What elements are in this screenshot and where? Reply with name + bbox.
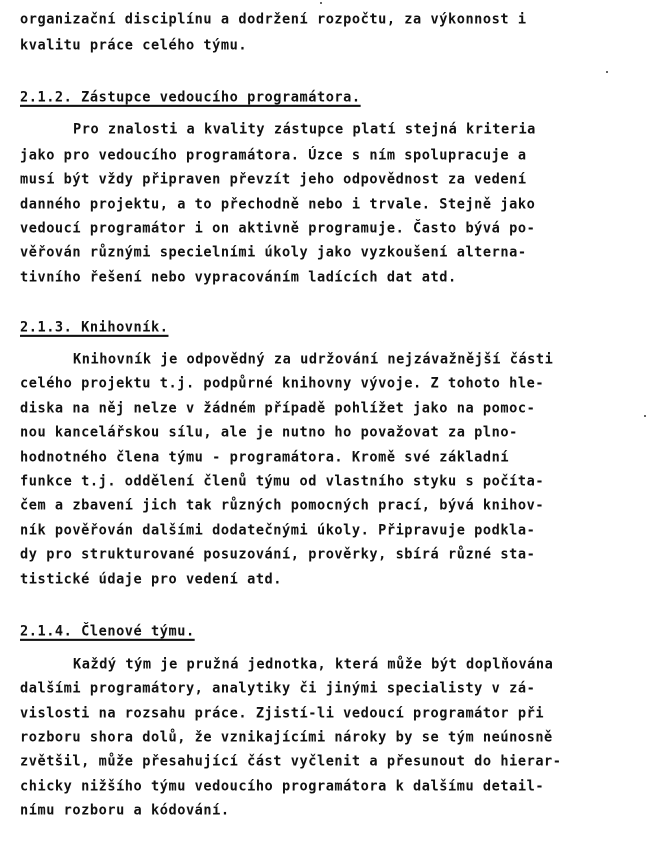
scan-speck bbox=[505, 658, 507, 660]
scan-speck bbox=[606, 71, 608, 73]
paragraph-line: čem a zbavení jich tak různých pomocných… bbox=[20, 496, 544, 515]
paragraph-line: tivního řešení nebo vypracováním ladícíc… bbox=[20, 268, 457, 287]
paragraph-line: nímu rozboru a kódování. bbox=[20, 801, 230, 820]
paragraph-line: diska na něj nelze v žádném případě pohl… bbox=[20, 399, 535, 418]
paragraph-line: celého projektu t.j. podpůrné knihovny v… bbox=[20, 374, 544, 393]
paragraph-line: chicky nižšího týmu vedoucího programáto… bbox=[20, 777, 544, 796]
paragraph-line: dy pro strukturované posuzování, prověrk… bbox=[20, 545, 535, 564]
paragraph-line: rozboru shora dolů, že vznikajícími náro… bbox=[20, 728, 553, 747]
paragraph-line: zvětšil, může přesahující část vyčlenit … bbox=[20, 752, 562, 771]
paragraph-line: dalšími programátory, analytiky či jiným… bbox=[20, 679, 535, 698]
paragraph-line: nou kancelářskou sílu, ale je nutno ho p… bbox=[20, 423, 518, 442]
section-heading-deputy: 2.1.2. Zástupce vedoucího programátora. bbox=[20, 88, 361, 107]
paragraph-line: Knihovník je odpovědný za udržování nejz… bbox=[73, 350, 553, 369]
intro-line: organizační disciplínu a dodržení rozpoč… bbox=[20, 10, 527, 29]
typewritten-page: organizační disciplínu a dodržení rozpoč… bbox=[0, 0, 664, 842]
paragraph-line: danného projektu, a to přechodně nebo i … bbox=[20, 195, 535, 214]
paragraph-line: vislosti na rozsahu práce. Zjistí-li ved… bbox=[20, 704, 544, 723]
paragraph-line: tistické údaje pro vedení atd. bbox=[20, 570, 282, 589]
scan-speck bbox=[644, 415, 646, 417]
paragraph-line: musí být vždy připraven převzít jeho odp… bbox=[20, 170, 527, 189]
section-heading-librarian: 2.1.3. Knihovník. bbox=[20, 318, 168, 337]
paragraph-line: hodnotného člena týmu - programátora. Kr… bbox=[20, 448, 509, 467]
paragraph-line: Každý tým je pružná jednotka, která může… bbox=[73, 655, 553, 674]
paragraph-line: jako pro vedoucího programátora. Úzce s … bbox=[20, 146, 527, 165]
paragraph-line: funkce t.j. oddělení členů týmu od vlast… bbox=[20, 472, 544, 491]
paragraph-line: vedoucí programátor i on aktivně program… bbox=[20, 219, 535, 238]
section-heading-team-members: 2.1.4. Členové týmu. bbox=[20, 622, 195, 641]
paragraph-line: ník pověřován dalšími dodatečnými úkoly.… bbox=[20, 521, 535, 540]
scan-speck bbox=[320, 2, 322, 4]
paragraph-line: Pro znalosti a kvality zástupce platí st… bbox=[73, 120, 536, 139]
intro-line: kvalitu práce celého týmu. bbox=[20, 36, 247, 55]
paragraph-line: věřován různými specielními úkoly jako v… bbox=[20, 243, 527, 262]
